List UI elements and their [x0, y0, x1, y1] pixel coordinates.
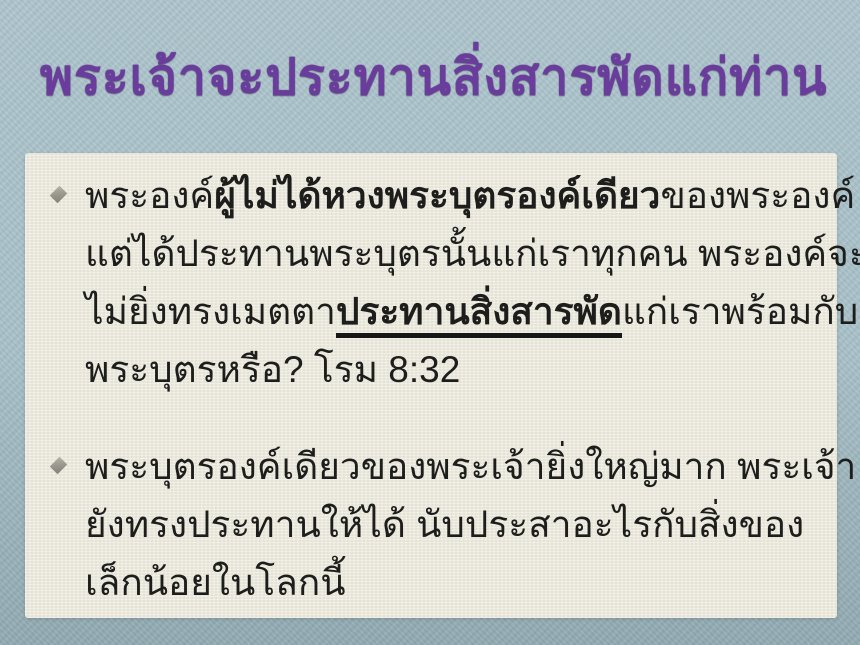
text-segment: ไม่ยิ่งทรงเมตตา	[85, 291, 336, 332]
bullet-text: พระองค์ผู้ไม่ได้หวงพระบุตรองค์เดียวของพร…	[85, 167, 860, 399]
text-line: พระบุตรองค์เดียวของพระเจ้ายิ่งใหญ่มาก พร…	[85, 438, 856, 496]
text-segment: ยังทรงประทานให้ได้ นับประสาอะไรกับสิ่งขอ…	[85, 504, 804, 545]
text-segment: แก่เราพร้อมกับ	[622, 291, 858, 332]
text-segment: เล็กน้อยในโลกนี้	[85, 562, 346, 603]
text-segment: พระบุตรองค์เดียวของพระเจ้ายิ่งใหญ่มาก พร…	[85, 446, 856, 487]
text-line: ยังทรงประทานให้ได้ นับประสาอะไรกับสิ่งขอ…	[85, 496, 856, 554]
bullet-text: พระบุตรองค์เดียวของพระเจ้ายิ่งใหญ่มาก พร…	[85, 438, 856, 612]
text-segment: ผู้ไม่ได้หวงพระบุตรองค์เดียว	[214, 175, 660, 216]
text-segment: พระบุตรหรือ? โรม 8:32	[85, 349, 460, 390]
content-box: พระองค์ผู้ไม่ได้หวงพระบุตรองค์เดียวของพร…	[25, 153, 837, 618]
bullet-list: พระองค์ผู้ไม่ได้หวงพระบุตรองค์เดียวของพร…	[49, 167, 819, 612]
text-line: เล็กน้อยในโลกนี้	[85, 554, 856, 612]
text-line: ไม่ยิ่งทรงเมตตาประทานสิ่งสารพัดแก่เราพร้…	[85, 283, 860, 341]
slide-title: พระเจ้าจะประทานสิ่งสารพัดแก่ท่าน	[40, 34, 840, 120]
text-segment: แต่ได้ประทานพระบุตรนั้นแก่เราทุกคน พระอง…	[85, 233, 860, 274]
bullet-item: พระองค์ผู้ไม่ได้หวงพระบุตรองค์เดียวของพร…	[49, 167, 819, 399]
diamond-bullet-icon	[50, 457, 68, 475]
text-line: แต่ได้ประทานพระบุตรนั้นแก่เราทุกคน พระอง…	[85, 225, 860, 283]
text-segment: ของพระองค์	[660, 175, 855, 216]
bullet-item: พระบุตรองค์เดียวของพระเจ้ายิ่งใหญ่มาก พร…	[49, 438, 819, 612]
slide-canvas: พระเจ้าจะประทานสิ่งสารพัดแก่ท่าน พระองค์…	[0, 0, 860, 645]
text-segment: ประทานสิ่งสารพัด	[336, 291, 622, 338]
text-segment: พระองค์	[85, 175, 214, 216]
text-line: พระองค์ผู้ไม่ได้หวงพระบุตรองค์เดียวของพร…	[85, 167, 860, 225]
diamond-bullet-icon	[50, 186, 68, 204]
text-line: พระบุตรหรือ? โรม 8:32	[85, 341, 860, 399]
